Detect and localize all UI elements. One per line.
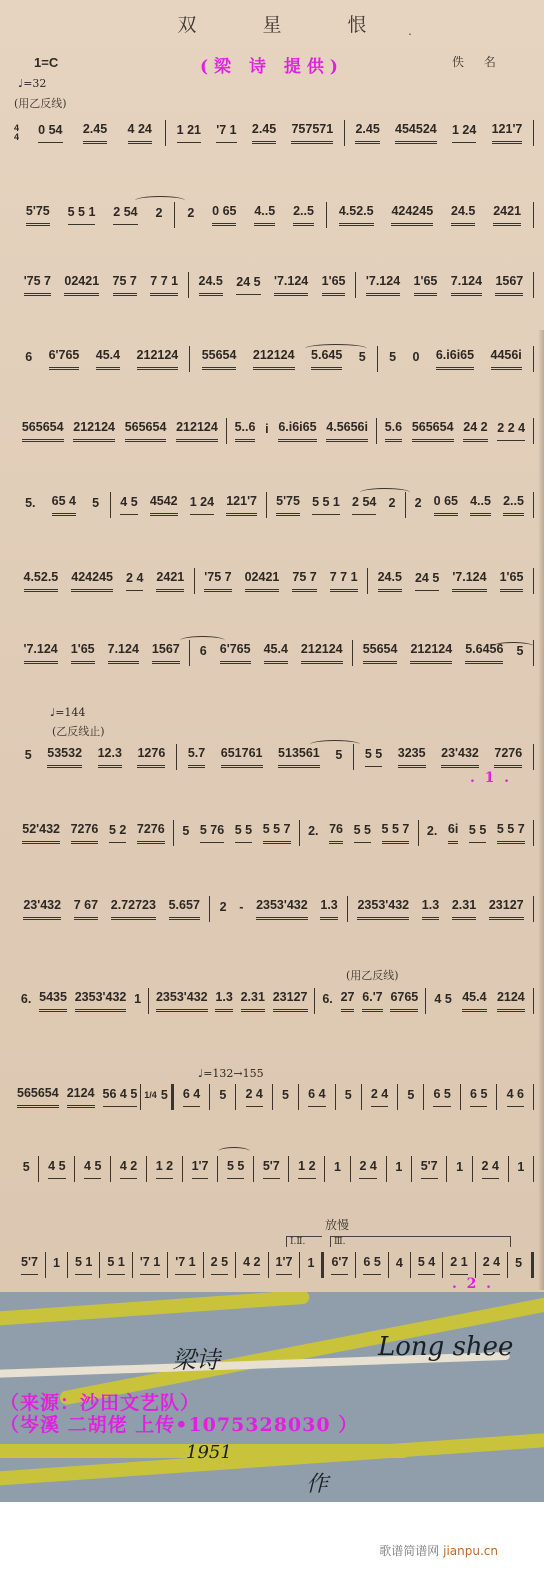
- note-group: 2.: [308, 824, 318, 843]
- note-group: 5 5: [227, 1159, 244, 1179]
- measure: 5. 65 4 5: [14, 490, 110, 520]
- signature-year: 1951: [186, 1442, 232, 1463]
- yellow-stripe: [0, 1433, 544, 1486]
- note-group: 1'65: [414, 274, 438, 296]
- signature-chinese: 梁诗: [172, 1340, 220, 1375]
- composer: 佚 名: [452, 53, 504, 70]
- measure: 2. 76 5 5 5 5 7: [300, 818, 418, 848]
- note-group: 76: [329, 822, 343, 844]
- note-group: 24 5: [415, 571, 439, 591]
- note-group: 1 24: [190, 495, 214, 515]
- note-group: 2353'432: [256, 898, 308, 920]
- note-group: 1.3: [320, 898, 337, 920]
- measure: 2 4: [351, 1154, 386, 1184]
- measure: 6'7: [324, 1250, 355, 1280]
- note-group: 4 5: [48, 1159, 65, 1179]
- measure: 2 4: [473, 1154, 508, 1184]
- staff-row-13: 565654 2124 56 4 5 1/4 5 6 4 5 2 4 5 6 4…: [14, 1082, 534, 1112]
- page-marker-2: . 2 .: [452, 1276, 491, 1292]
- note-group: 65 4: [52, 494, 76, 516]
- note-group: 02421: [245, 570, 280, 592]
- note-group: 4 2: [120, 1159, 137, 1179]
- note-group: 424245: [391, 204, 433, 226]
- measure: 6 4: [174, 1082, 210, 1112]
- barline: [533, 202, 534, 228]
- note-group: 6 4: [308, 1087, 325, 1107]
- sheet-music-page: 双 星 恨 . 1=C (梁 诗 提供) 佚 名 ♩=32 (用乙反线) ♩=1…: [0, 0, 544, 1292]
- measure: 4 5 45.4 2124: [426, 986, 533, 1016]
- note-group: 4 5: [434, 992, 451, 1011]
- measure: 2 5: [204, 1250, 235, 1280]
- measure: 5 5 3235 23'432 7276: [354, 742, 533, 772]
- note-group: 6765: [390, 990, 418, 1012]
- note-group: 5: [359, 350, 366, 369]
- note-group: 4..5: [470, 494, 491, 516]
- note-group: 5: [335, 748, 342, 767]
- direction-1: (用乙反线): [14, 95, 67, 111]
- note-group: 6: [200, 644, 207, 663]
- note-group: 5 5 7: [263, 822, 291, 844]
- note-group: 1'65: [71, 642, 95, 664]
- signature-mark: 作: [306, 1467, 328, 1498]
- note-group: 5: [515, 1256, 522, 1275]
- note-group: 5435: [39, 990, 67, 1012]
- note-group: 23'432: [23, 898, 61, 920]
- staff-row-9: 5 53532 12.3 1276 5.7 651761 513561 5 5 …: [14, 742, 534, 772]
- note-group: 27: [341, 990, 355, 1012]
- note-group: 2.45: [355, 122, 379, 144]
- song-title: 双 星 恨: [0, 10, 544, 37]
- note-group: 212124: [253, 348, 295, 370]
- note-group: 121'7: [492, 122, 523, 144]
- note-group: 2..5: [293, 204, 314, 226]
- note-group: 4.52.5: [339, 204, 374, 226]
- note-group: 5'75: [26, 204, 50, 226]
- measure: 6. 5435 2353'432 1: [14, 986, 148, 1016]
- note-group: 1: [307, 1256, 314, 1275]
- measure: 5'7: [412, 1154, 446, 1184]
- note-group: 2124: [497, 990, 525, 1012]
- measure: 6. 27 6.'7 6765: [315, 986, 425, 1016]
- measure: 23'432 7 67 2.72723 5.657: [14, 894, 209, 924]
- measure: 1: [447, 1154, 471, 1184]
- note-group: 5: [282, 1088, 289, 1107]
- staff-row-7: 4.52.5 424245 2 4 2421 '75 7 02421 75 7 …: [14, 566, 534, 596]
- barline: [533, 120, 534, 146]
- note-group: 2 2 4: [497, 421, 525, 441]
- note-group: '75 7: [204, 570, 231, 592]
- note-group: 757571: [291, 122, 333, 144]
- measure: 5 4: [411, 1250, 442, 1280]
- note-group: 55654: [363, 642, 398, 664]
- note-group: 5: [161, 1088, 168, 1107]
- measure: 4: [389, 1250, 410, 1280]
- note-group: 565654: [22, 420, 64, 442]
- note-group: 5 76: [200, 823, 224, 843]
- measure: 5 0 6.i6i65 4456i: [378, 344, 533, 374]
- measure: 5'7: [14, 1250, 45, 1280]
- yellow-stripe: [0, 1292, 310, 1326]
- note-group: 75 7: [292, 570, 316, 592]
- note-group: 7276: [137, 822, 165, 844]
- tempo-marking-1: ♩=32: [18, 77, 46, 90]
- measure: 6 5: [461, 1082, 497, 1112]
- measure: 5..6 i 6.i6i65 4.5656i: [227, 416, 376, 446]
- barline: [533, 988, 534, 1014]
- measure: 5 1: [100, 1250, 131, 1280]
- measure: 5: [508, 1250, 529, 1280]
- note-group: 5 2: [109, 823, 126, 843]
- note-group: '7 1: [216, 123, 236, 143]
- measure: 2353'432 1.3 2.31 23127: [348, 894, 533, 924]
- note-group: 6.'7: [362, 990, 382, 1012]
- measure: 1'7: [269, 1250, 300, 1280]
- measure: 24.5 24 5 '7.124 1'65: [189, 270, 355, 300]
- note-group: 45.4: [96, 348, 120, 370]
- note-group: 1 24: [452, 123, 476, 143]
- note-group: 4.5656i: [326, 420, 368, 442]
- note-group: 2 5: [211, 1255, 228, 1275]
- note-group: 4.52.5: [24, 570, 59, 592]
- measure: 4 5: [75, 1154, 110, 1184]
- note-group: 1'65: [322, 274, 346, 296]
- barline: [533, 272, 534, 298]
- note-group: 1 2: [298, 1159, 315, 1179]
- measure: 52'432 7276 5 2 7276: [14, 818, 173, 848]
- direction-2: (乙反线止): [52, 723, 105, 739]
- note-group: 6i: [448, 822, 458, 844]
- note-group: 5.7: [188, 746, 205, 768]
- note-group: 5.6456: [465, 642, 503, 664]
- note-group: 2 4: [126, 571, 143, 591]
- measure: 1: [509, 1154, 533, 1184]
- barline: [533, 492, 534, 518]
- watermark-cn: 歌谱简谱网: [379, 1544, 439, 1558]
- measure: 0 54 2.45 4 24: [25, 118, 165, 148]
- note-group: 24.5: [378, 570, 402, 592]
- staff-row-11: 23'432 7 67 2.72723 5.657 2 - 2353'432 1…: [14, 894, 534, 924]
- note-group: 7.124: [108, 642, 139, 664]
- staff-row-14: 5 4 5 4 5 4 2 1 2 1'7 5 5 5'7 1 2 1 2 4 …: [14, 1154, 534, 1184]
- measure: 1: [325, 1154, 349, 1184]
- note-group: 2353'432: [357, 898, 409, 920]
- measure: 5 5 76 5 5 5 5 7: [174, 818, 299, 848]
- note-group: 2.31: [241, 990, 265, 1012]
- measure: 6 4: [299, 1082, 335, 1112]
- measure: 5.7 651761 513561 5: [177, 742, 353, 772]
- measure: 55654 212124 5.645 5: [190, 344, 376, 374]
- note-group: 55654: [202, 348, 237, 370]
- note-group: 1567: [495, 274, 523, 296]
- measure: '7.124 1'65 7.124 1567: [14, 638, 189, 668]
- measure: 1'7: [183, 1154, 217, 1184]
- note-group: 23127: [489, 898, 524, 920]
- note-group: 6.i6i65: [436, 348, 474, 370]
- note-group: 5.: [25, 496, 35, 515]
- note-group: 4 6: [507, 1087, 524, 1107]
- note-group: 02421: [64, 274, 99, 296]
- note-group: 6 4: [183, 1087, 200, 1107]
- note-group: 1 2: [156, 1159, 173, 1179]
- barline: [533, 418, 534, 444]
- measure: 5 5: [218, 1154, 253, 1184]
- note-group: 23'432: [441, 746, 479, 768]
- note-group: 5: [407, 1088, 414, 1107]
- measure: 6 6'765 45.4 212124: [190, 638, 352, 668]
- measure: '7.124 1'65 7.124 1567: [356, 270, 533, 300]
- note-group: 6'765: [49, 348, 80, 370]
- note-group: 1.3: [215, 990, 232, 1012]
- note-group: 121'7: [226, 494, 257, 516]
- staff-row-2: 5'75 5 5 1 2 54 2 2 0 65 4..5 2..5 4.52.…: [14, 200, 534, 230]
- barline: [533, 1084, 534, 1110]
- note-group: 2421: [493, 204, 521, 226]
- note-group: 2.45: [252, 122, 276, 144]
- note-group: 5 5 7: [497, 822, 525, 844]
- note-group: 4: [396, 1256, 403, 1275]
- note-group: '75 7: [24, 274, 51, 296]
- staff-row-10: 52'432 7276 5 2 7276 5 5 76 5 5 5 5 7 2.…: [14, 818, 534, 848]
- measure: 5 1: [68, 1250, 99, 1280]
- note-group: 565654: [125, 420, 167, 442]
- staff-row-8: '7.124 1'65 7.124 1567 6 6'765 45.4 2121…: [14, 638, 534, 668]
- note-group: 1: [334, 1160, 341, 1179]
- measure: 5: [336, 1082, 361, 1112]
- note-group: 5 5 1: [68, 205, 96, 225]
- note-group: 5: [345, 1088, 352, 1107]
- note-group: 2..5: [503, 494, 524, 516]
- staff-row-6: 5. 65 4 5 4 5 4542 1 24 121'7 5'75 5 5 1…: [14, 490, 534, 520]
- note-group: 53532: [47, 746, 82, 768]
- measure: 5.6 565654 24 2 2 2 4: [377, 416, 533, 446]
- tempo-marking-3: ♩=132→155: [198, 1067, 264, 1080]
- note-group: 212124: [410, 642, 452, 664]
- measure: 2. 6i 5 5 5 5 7: [419, 818, 533, 848]
- note-group: 2: [187, 206, 194, 225]
- note-group: 5 1: [75, 1255, 92, 1275]
- staff-row-12: 6. 5435 2353'432 1 2353'432 1.3 2.31 231…: [14, 986, 534, 1016]
- barline: [533, 568, 534, 594]
- note-group: 1276: [137, 746, 165, 768]
- measure: 5'7: [254, 1154, 288, 1184]
- note-group: 2: [220, 900, 227, 919]
- note-group: '7.124: [24, 642, 58, 664]
- note-group: 6.i6i65: [278, 420, 316, 442]
- note-group: 1.3: [422, 898, 439, 920]
- barline: [533, 1156, 534, 1182]
- note-group: 6 5: [433, 1087, 450, 1107]
- measure: 1: [300, 1250, 321, 1280]
- note-group: 5: [389, 350, 396, 369]
- note-group: 212124: [73, 420, 115, 442]
- note-group: 3235: [398, 746, 426, 768]
- note-group: 4 5: [84, 1159, 101, 1179]
- note-group: 2: [388, 496, 395, 515]
- final-barline: [531, 1252, 534, 1278]
- note-group: 2 54: [113, 205, 137, 225]
- note-group: 45.4: [264, 642, 288, 664]
- measure: 1 2: [289, 1154, 324, 1184]
- note-group: 212124: [137, 348, 179, 370]
- note-group: 52'432: [22, 822, 60, 844]
- provider-credit: (梁 诗 提供): [200, 52, 344, 77]
- note-group: 6 5: [363, 1255, 380, 1275]
- note-group: 5.6: [385, 420, 402, 442]
- note-group: 5 4: [418, 1255, 435, 1275]
- note-group: 75 7: [113, 274, 137, 296]
- measure: '7 1: [168, 1250, 202, 1280]
- note-group: 7 7 1: [330, 570, 358, 592]
- measure: 5: [210, 1082, 235, 1112]
- note-group: 5: [182, 824, 189, 843]
- note-group: 56 4 5: [103, 1087, 138, 1107]
- measure: 2 0 65 4..5 2..5: [406, 490, 534, 520]
- measure: 6 5: [424, 1082, 460, 1112]
- note-group: 1: [53, 1256, 60, 1275]
- note-group: 12.3: [98, 746, 122, 768]
- note-group: 1: [517, 1160, 524, 1179]
- barline: [533, 744, 534, 770]
- note-group: i: [265, 422, 268, 441]
- note-group: 212124: [176, 420, 218, 442]
- staff-row-3: '75 7 02421 75 7 7 7 1 24.5 24 5 '7.124 …: [14, 270, 534, 300]
- note-group: 1: [395, 1160, 402, 1179]
- note-group: 24.5: [199, 274, 223, 296]
- note-group: 7 67: [74, 898, 98, 920]
- note-group: 2 1: [450, 1255, 467, 1275]
- key-signature: 1=C: [34, 55, 58, 70]
- note-group: 5 5: [235, 823, 252, 843]
- note-group: '7.124: [274, 274, 308, 296]
- note-group: 0 54: [38, 123, 62, 143]
- staff-row-1: 44 0 54 2.45 4 24 1 21 '7 1 2.45 757571 …: [14, 118, 534, 148]
- note-group: 2353'432: [75, 990, 127, 1012]
- note-group: 45.4: [462, 990, 486, 1012]
- note-group: 5: [25, 748, 32, 767]
- note-group: 1'7: [276, 1255, 293, 1275]
- note-group: 5'75: [276, 494, 300, 516]
- note-group: 4 24: [128, 122, 152, 144]
- note-group: 5'7: [421, 1159, 438, 1179]
- measure: 55654 212124 5.6456 5: [353, 638, 533, 668]
- measure: 2 4: [236, 1082, 272, 1112]
- measure: 2 - 2353'432 1.3: [210, 894, 347, 924]
- note-group: 5 1: [107, 1255, 124, 1275]
- note-group: 5'7: [263, 1159, 280, 1179]
- note-group: 5..6: [235, 420, 256, 442]
- measure: 5'75 5 5 1 2 54 2: [14, 200, 174, 230]
- measure: 5: [14, 1154, 38, 1184]
- measure: 6 6'765 45.4 212124: [14, 344, 189, 374]
- barline: [533, 896, 534, 922]
- note-group: 6.: [21, 992, 31, 1011]
- note-group: 24 5: [236, 275, 260, 295]
- note-group: 5 5: [354, 823, 371, 843]
- measure: 5 53532 12.3 1276: [14, 742, 176, 772]
- staff-row-5: 565654 212124 565654 212124 5..6 i 6.i6i…: [14, 416, 534, 446]
- note-group: 23127: [273, 990, 308, 1012]
- measure: 1: [46, 1250, 67, 1280]
- measure: 1 21 '7 1 2.45 757571: [166, 118, 344, 148]
- note-group: 4542: [150, 494, 178, 516]
- barline: [533, 640, 534, 666]
- note-group: 454524: [395, 122, 437, 144]
- note-group: 1: [456, 1160, 463, 1179]
- measure: 2353'432 1.3 2.31 23127: [149, 986, 314, 1016]
- note-group: 565654: [412, 420, 454, 442]
- measure: 565654 212124 565654 212124: [14, 416, 226, 446]
- measure: 1: [387, 1154, 411, 1184]
- staff-row-4: 6 6'765 45.4 212124 55654 212124 5.645 5…: [14, 344, 534, 374]
- note-group: 0: [412, 350, 419, 369]
- measure: 2.45 454524 1 24 121'7: [345, 118, 533, 148]
- note-group: 0 65: [212, 204, 236, 226]
- note-group: 6'765: [220, 642, 251, 664]
- note-group: '7.124: [366, 274, 400, 296]
- note-group: 5'7: [21, 1255, 38, 1275]
- note-group: 5 5: [365, 747, 382, 767]
- note-group: 1: [134, 992, 141, 1011]
- note-group: 5.645: [311, 348, 342, 370]
- signature-english: Long shee: [378, 1332, 513, 1362]
- note-group: 5 5 7: [382, 822, 410, 844]
- note-group: 5: [219, 1088, 226, 1107]
- note-group: 2 4: [482, 1159, 499, 1179]
- measure: 4 6: [497, 1082, 533, 1112]
- volta-second-ending: Ⅲ.: [330, 1236, 511, 1247]
- measure: 4 5 4542 1 24 121'7: [111, 490, 266, 520]
- note-group: 2421: [156, 570, 184, 592]
- note-group: 6.: [322, 992, 332, 1011]
- note-group: 5: [516, 644, 523, 663]
- measure: 4.52.5 424245 2 4 2421: [14, 566, 194, 596]
- note-group: 5 5 1: [312, 495, 340, 515]
- measure: 5'75 5 5 1 2 54 2: [267, 490, 404, 520]
- measure: '75 7 02421 75 7 7 7 1: [14, 270, 188, 300]
- note-group: 2.45: [83, 122, 107, 144]
- volta-first-ending: Ⅰ.Ⅱ.: [286, 1236, 322, 1247]
- measure: 24.5 24 5 '7.124 1'65: [368, 566, 533, 596]
- note-group: 651761: [221, 746, 263, 768]
- page-marker-1: . 1 .: [470, 770, 509, 786]
- measure: 1 2: [147, 1154, 182, 1184]
- note-group: 513561: [278, 746, 320, 768]
- measure: '75 7 02421 75 7 7 7 1: [195, 566, 367, 596]
- note-group: '7 1: [140, 1255, 160, 1275]
- note-group: 7276: [71, 822, 99, 844]
- barline: [533, 820, 534, 846]
- note-group: 2 54: [352, 495, 376, 515]
- note-group: 2 4: [246, 1087, 263, 1107]
- note-group: 5.657: [169, 898, 200, 920]
- note-group: 2.72723: [111, 898, 156, 920]
- source-line-2: （岑溪 二胡佬 上传•1075328030 ）: [0, 1410, 358, 1437]
- site-watermark: 歌谱简谱网 jianpu.cn: [379, 1542, 498, 1559]
- measure: 2 4: [362, 1082, 398, 1112]
- note-group: -: [239, 900, 243, 919]
- note-group: '7.124: [452, 570, 486, 592]
- measure: 4 2: [236, 1250, 267, 1280]
- note-group: 4 2: [243, 1255, 260, 1275]
- note-group: 565654: [17, 1086, 59, 1108]
- note-group: 4456i: [491, 348, 522, 370]
- note-group: 2124: [67, 1086, 95, 1108]
- note-group: 24.5: [451, 204, 475, 226]
- note-group: 1'7: [192, 1159, 209, 1179]
- note-group: 2 4: [483, 1255, 500, 1275]
- measure: 5: [398, 1082, 423, 1112]
- note-group: 5 5: [469, 823, 486, 843]
